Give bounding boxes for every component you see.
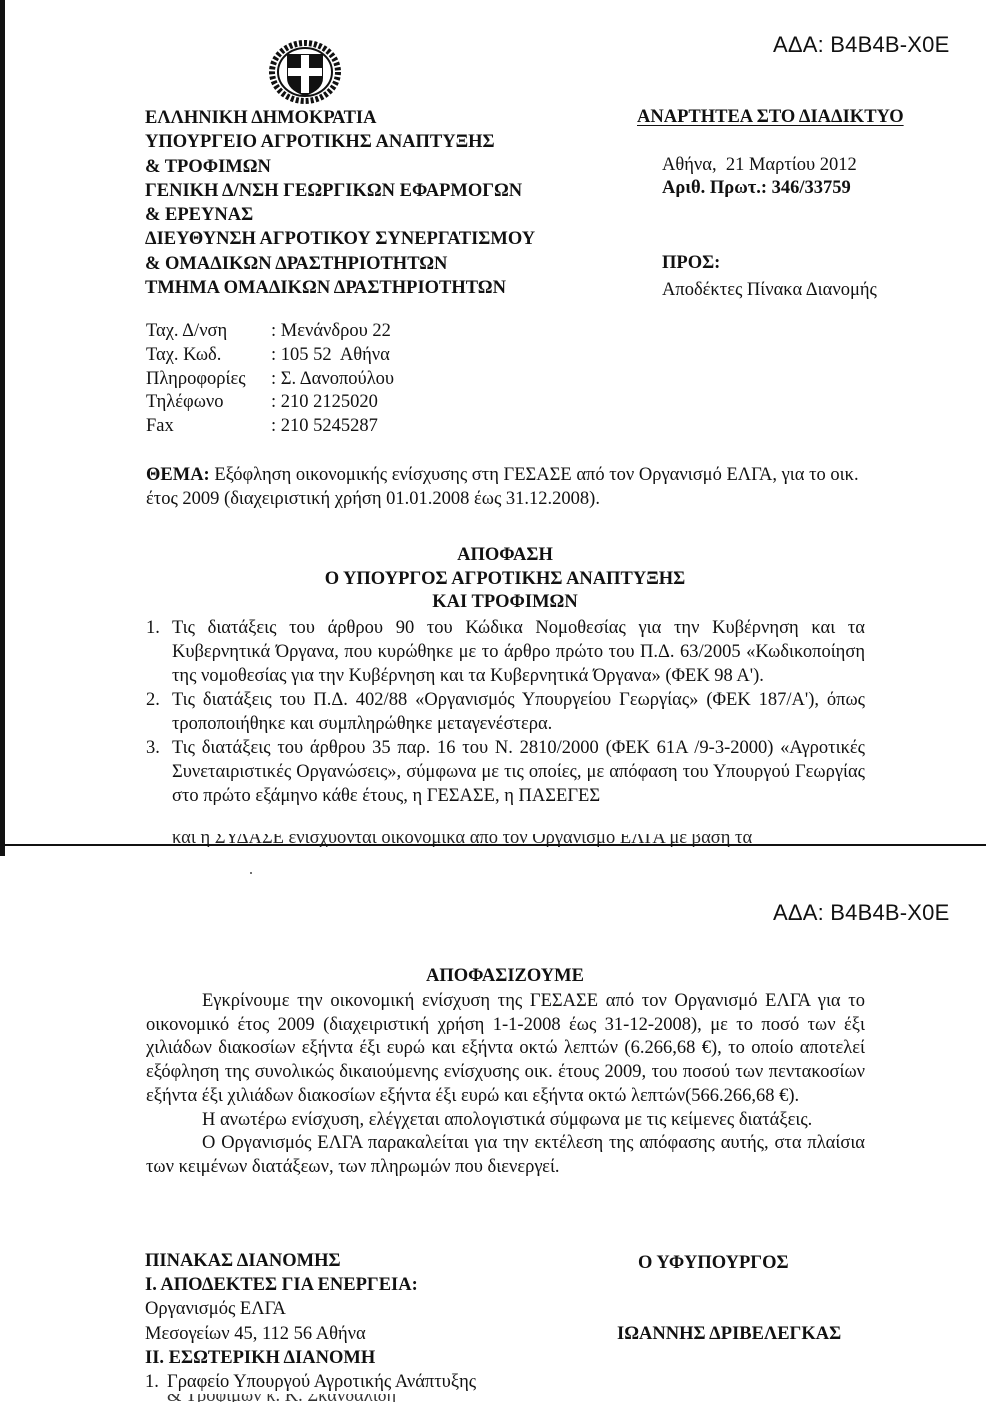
contact-row: Πληροφορίες : Σ. Δανοπούλου	[146, 368, 394, 392]
contact-label: Τηλέφωνο	[146, 391, 271, 415]
subject-line: ΘΕΜΑ: Εξόφληση οικονομικής ενίσχυσης στη…	[146, 464, 866, 511]
decision-heading: ΑΠΟΦΑΣΗ Ο ΥΠΟΥΡΓΟΣ ΑΓΡΟΤΙΚΗΣ ΑΝΑΠΤΥΞΗΣ Κ…	[145, 544, 865, 615]
decision-title: ΑΠΟΦΑΣΗ	[145, 544, 865, 568]
signer-title: Ο ΥΦΥΠΟΥΡΓΟΣ	[638, 1253, 789, 1274]
ada-code-page2: ΑΔΑ: Β4Β4Β-Χ0Ε	[773, 900, 949, 926]
ada-code-page1: ΑΔΑ: Β4Β4Β-Χ0Ε	[773, 32, 949, 58]
date-protocol-block: Αθήνα, 21 Μαρτίου 2012 Αριθ. Πρωτ.: 346/…	[662, 154, 857, 200]
subject-text: Εξόφληση οικονομικής ενίσχυσης στη ΓΕΣΑΣ…	[146, 465, 859, 509]
contact-label: Ταχ. Δ/νση	[146, 320, 271, 344]
post-online-notice: ΑΝΑΡΤΗΤΕΑ ΣΤΟ ΔΙΑΔΙΚΤΥΟ	[637, 107, 904, 128]
header-line: ΓΕΝΙΚΗ Δ/ΝΣΗ ΓΕΩΡΓΙΚΩΝ ΕΦΑΡΜΟΓΩΝ	[145, 179, 535, 203]
to-value: Αποδέκτες Πίνακα Διανομής	[662, 277, 877, 304]
recipients-block: ΠΡΟΣ: Αποδέκτες Πίνακα Διανομής	[662, 250, 877, 304]
contact-label: Ταχ. Κωδ.	[146, 344, 271, 368]
truncated-text: & Τροφίμων κ. Κ. Σκανδαλίδη	[145, 1394, 396, 1402]
item-number: 1.	[145, 1370, 167, 1394]
header-line: & ΟΜΑΔΙΚΩΝ ΔΡΑΣΤΗΡΙΟΤΗΤΩΝ	[145, 252, 535, 276]
subject-label: ΘΕΜΑ:	[146, 465, 210, 485]
protocol-number: Αριθ. Πρωτ.: 346/33759	[662, 177, 857, 200]
contact-row: Ταχ. Δ/νση : Μενάνδρου 22	[146, 320, 394, 344]
to-label: ΠΡΟΣ:	[662, 250, 877, 277]
decision-subtitle: Ο ΥΠΟΥΡΓΟΣ ΑΓΡΟΤΙΚΗΣ ΑΝΑΠΤΥΞΗΣ	[145, 568, 865, 592]
contact-row: Τηλέφωνο : 210 2125020	[146, 391, 394, 415]
contact-details: Ταχ. Δ/νση : Μενάνδρου 22 Ταχ. Κωδ. : 10…	[146, 320, 394, 439]
page-divider	[0, 844, 986, 846]
scan-speck	[250, 872, 252, 874]
header-line: ΤΜΗΜΑ ΟΜΑΔΙΚΩΝ ΔΡΑΣΤΗΡΙΟΤΗΤΩΝ	[145, 276, 535, 300]
truncated-line: & Τροφίμων κ. Κ. Σκανδαλίδη	[145, 1394, 476, 1402]
header-line: ΔΙΕΥΘΥΝΣΗ ΑΓΡΟΤΙΚΟΥ ΣΥΝΕΡΓΑΤΙΣΜΟΥ	[145, 227, 535, 251]
consideration-item: 1. Τις διατάξεις του άρθρου 90 του Κώδικ…	[146, 616, 865, 688]
item-number: 2.	[146, 688, 172, 736]
recipient-line: Οργανισμός ΕΛΓΑ	[145, 1297, 476, 1321]
contact-row: Ταχ. Κωδ. : 105 52 Αθήνα	[146, 344, 394, 368]
header-line: & ΕΡΕΥΝΑΣ	[145, 203, 535, 227]
scan-edge	[0, 0, 5, 856]
item-number: 1.	[146, 616, 172, 688]
distribution-list: ΠΙΝΑΚΑΣ ΔΙΑΝΟΜΗΣ Ι. ΑΠΟΔΕΚΤΕΣ ΓΙΑ ΕΝΕΡΓΕ…	[145, 1249, 476, 1402]
decision-subtitle: ΚΑΙ ΤΡΟΦΙΜΩΝ	[145, 591, 865, 615]
document-date: Αθήνα, 21 Μαρτίου 2012	[662, 154, 857, 177]
contact-value: : 105 52 Αθήνα	[271, 344, 390, 368]
item-text: Τις διατάξεις του Π.Δ. 402/88 «Οργανισμό…	[172, 688, 865, 736]
header-line: ΥΠΟΥΡΓΕΙΟ ΑΓΡΟΤΙΚΗΣ ΑΝΑΠΤΥΞΗΣ	[145, 130, 535, 154]
resolution-paragraph: Εγκρίνουμε την οικονομική ενίσχυση της Γ…	[146, 990, 865, 1109]
item-text: Τις διατάξεις του άρθρου 90 του Κώδικα Ν…	[172, 616, 865, 688]
issuing-authority-header: ΕΛΛΗΝΙΚΗ ΔΗΜΟΚΡΑΤΙΑ ΥΠΟΥΡΓΕΙΟ ΑΓΡΟΤΙΚΗΣ …	[145, 106, 535, 300]
contact-value: : 210 2125020	[271, 391, 378, 415]
resolution-heading: ΑΠΟΦΑΣΙΖΟΥΜΕ	[145, 966, 865, 987]
signer-name: ΙΩΑΝΝΗΣ ΔΡΙΒΕΛΕΓΚΑΣ	[617, 1324, 841, 1345]
considerations-list: 1. Τις διατάξεις του άρθρου 90 του Κώδικ…	[146, 616, 865, 808]
contact-value: : Σ. Δανοπούλου	[271, 368, 394, 392]
consideration-item: 3. Τις διατάξεις του άρθρου 35 παρ. 16 τ…	[146, 736, 865, 808]
internal-distribution-title: ΙΙ. ΕΣΩΤΕΡΙΚΗ ΔΙΑΝΟΜΗ	[145, 1346, 476, 1370]
consideration-item: 2. Τις διατάξεις του Π.Δ. 402/88 «Οργανι…	[146, 688, 865, 736]
item-number: 3.	[146, 736, 172, 808]
contact-row: Fax : 210 5245287	[146, 415, 394, 439]
greek-coat-of-arms-icon	[268, 40, 342, 104]
item-text: Γραφείο Υπουργού Αγροτικής Ανάπτυξης	[167, 1370, 476, 1394]
contact-value: : Μενάνδρου 22	[271, 320, 391, 344]
distribution-title: ΠΙΝΑΚΑΣ ΔΙΑΝΟΜΗΣ	[145, 1249, 476, 1273]
contact-label: Πληροφορίες	[146, 368, 271, 392]
item-text: Τις διατάξεις του άρθρου 35 παρ. 16 του …	[172, 736, 865, 808]
internal-recipient: 1. Γραφείο Υπουργού Αγροτικής Ανάπτυξης	[145, 1370, 476, 1394]
recipient-line: Μεσογείων 45, 112 56 Αθήνα	[145, 1322, 476, 1346]
contact-label: Fax	[146, 415, 271, 439]
resolution-body: Εγκρίνουμε την οικονομική ενίσχυση της Γ…	[146, 990, 865, 1180]
header-line: & ΤΡΟΦΙΜΩΝ	[145, 155, 535, 179]
resolution-paragraph: Η ανωτέρω ενίσχυση, ελέγχεται απολογιστι…	[146, 1109, 865, 1133]
action-recipients-title: Ι. ΑΠΟΔΕΚΤΕΣ ΓΙΑ ΕΝΕΡΓΕΙΑ:	[145, 1273, 476, 1297]
header-line: ΕΛΛΗΝΙΚΗ ΔΗΜΟΚΡΑΤΙΑ	[145, 106, 535, 130]
resolution-paragraph: Ο Οργανισμός ΕΛΓΑ παρακαλείται για την ε…	[146, 1132, 865, 1179]
contact-value: : 210 5245287	[271, 415, 378, 439]
